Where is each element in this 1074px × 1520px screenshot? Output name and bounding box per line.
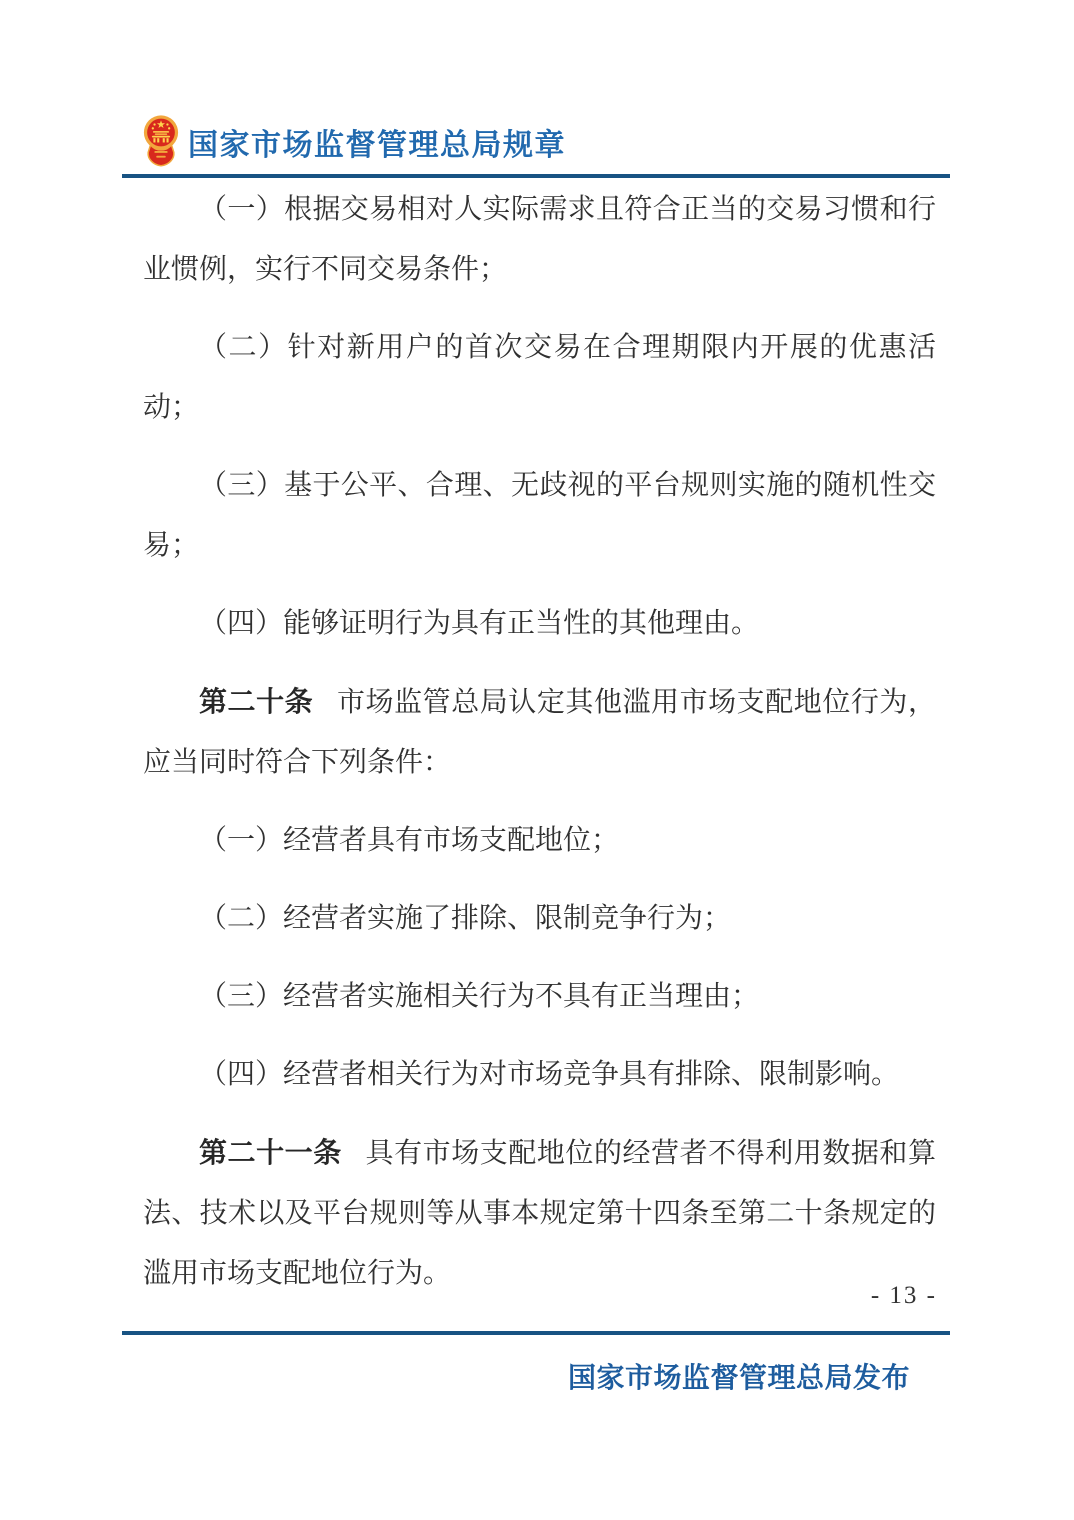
document-page: 国家市场监督管理总局规章 （一）根据交易相对人实际需求且符合正当的交易习惯和行业… <box>0 0 1074 1520</box>
china-national-emblem-icon <box>142 113 180 171</box>
paragraph-text: （二）经营者实施了排除、限制竞争行为； <box>199 903 731 934</box>
paragraph-item-2: （二）针对新用户的首次交易在合理期限内开展的优惠活动； <box>143 318 936 438</box>
paragraph-text: （三）基于公平、合理、无歧视的平台规则实施的随机性交易； <box>143 470 936 561</box>
article-20-label: 第二十条 <box>199 686 313 717</box>
paragraph-text: （一）经营者具有市场支配地位； <box>199 825 619 856</box>
paragraph-text: （四）能够证明行为具有正当性的其他理由。 <box>199 608 759 639</box>
paragraph-article-20: 第二十条市场监管总局认定其他滥用市场支配地位行为，应当同时符合下列条件： <box>143 672 936 793</box>
paragraph-text: （三）经营者实施相关行为不具有正当理由； <box>199 981 759 1012</box>
document-body: （一）根据交易相对人实际需求且符合正当的交易习惯和行业惯例，实行不同交易条件； … <box>143 180 936 1322</box>
paragraph-item-4: （四）能够证明行为具有正当性的其他理由。 <box>143 594 936 654</box>
paragraph-item-8: （四）经营者相关行为对市场竞争具有排除、限制影响。 <box>143 1045 936 1105</box>
paragraph-text: （一）根据交易相对人实际需求且符合正当的交易习惯和行业惯例，实行不同交易条件； <box>143 194 936 285</box>
paragraph-item-6: （二）经营者实施了排除、限制竞争行为； <box>143 889 936 949</box>
paragraph-item-7: （三）经营者实施相关行为不具有正当理由； <box>143 967 936 1027</box>
header-divider <box>122 174 950 178</box>
footer-divider <box>122 1331 950 1335</box>
page-number: - 13 - <box>871 1280 937 1312</box>
article-21-label: 第二十一条 <box>199 1137 342 1168</box>
paragraph-item-1: （一）根据交易相对人实际需求且符合正当的交易习惯和行业惯例，实行不同交易条件； <box>143 180 936 300</box>
paragraph-text: （四）经营者相关行为对市场竞争具有排除、限制影响。 <box>199 1059 899 1090</box>
paragraph-item-5: （一）经营者具有市场支配地位； <box>143 811 936 871</box>
document-footer: 国家市场监督管理总局发布 <box>568 1356 910 1396</box>
publisher-label: 国家市场监督管理总局发布 <box>568 1362 910 1393</box>
paragraph-item-3: （三）基于公平、合理、无歧视的平台规则实施的随机性交易； <box>143 456 936 576</box>
document-header: 国家市场监督管理总局规章 <box>142 112 566 172</box>
header-title: 国家市场监督管理总局规章 <box>188 120 566 164</box>
paragraph-article-21: 第二十一条具有市场支配地位的经营者不得利用数据和算法、技术以及平台规则等从事本规… <box>143 1123 936 1304</box>
paragraph-text: （二）针对新用户的首次交易在合理期限内开展的优惠活动； <box>143 332 936 423</box>
